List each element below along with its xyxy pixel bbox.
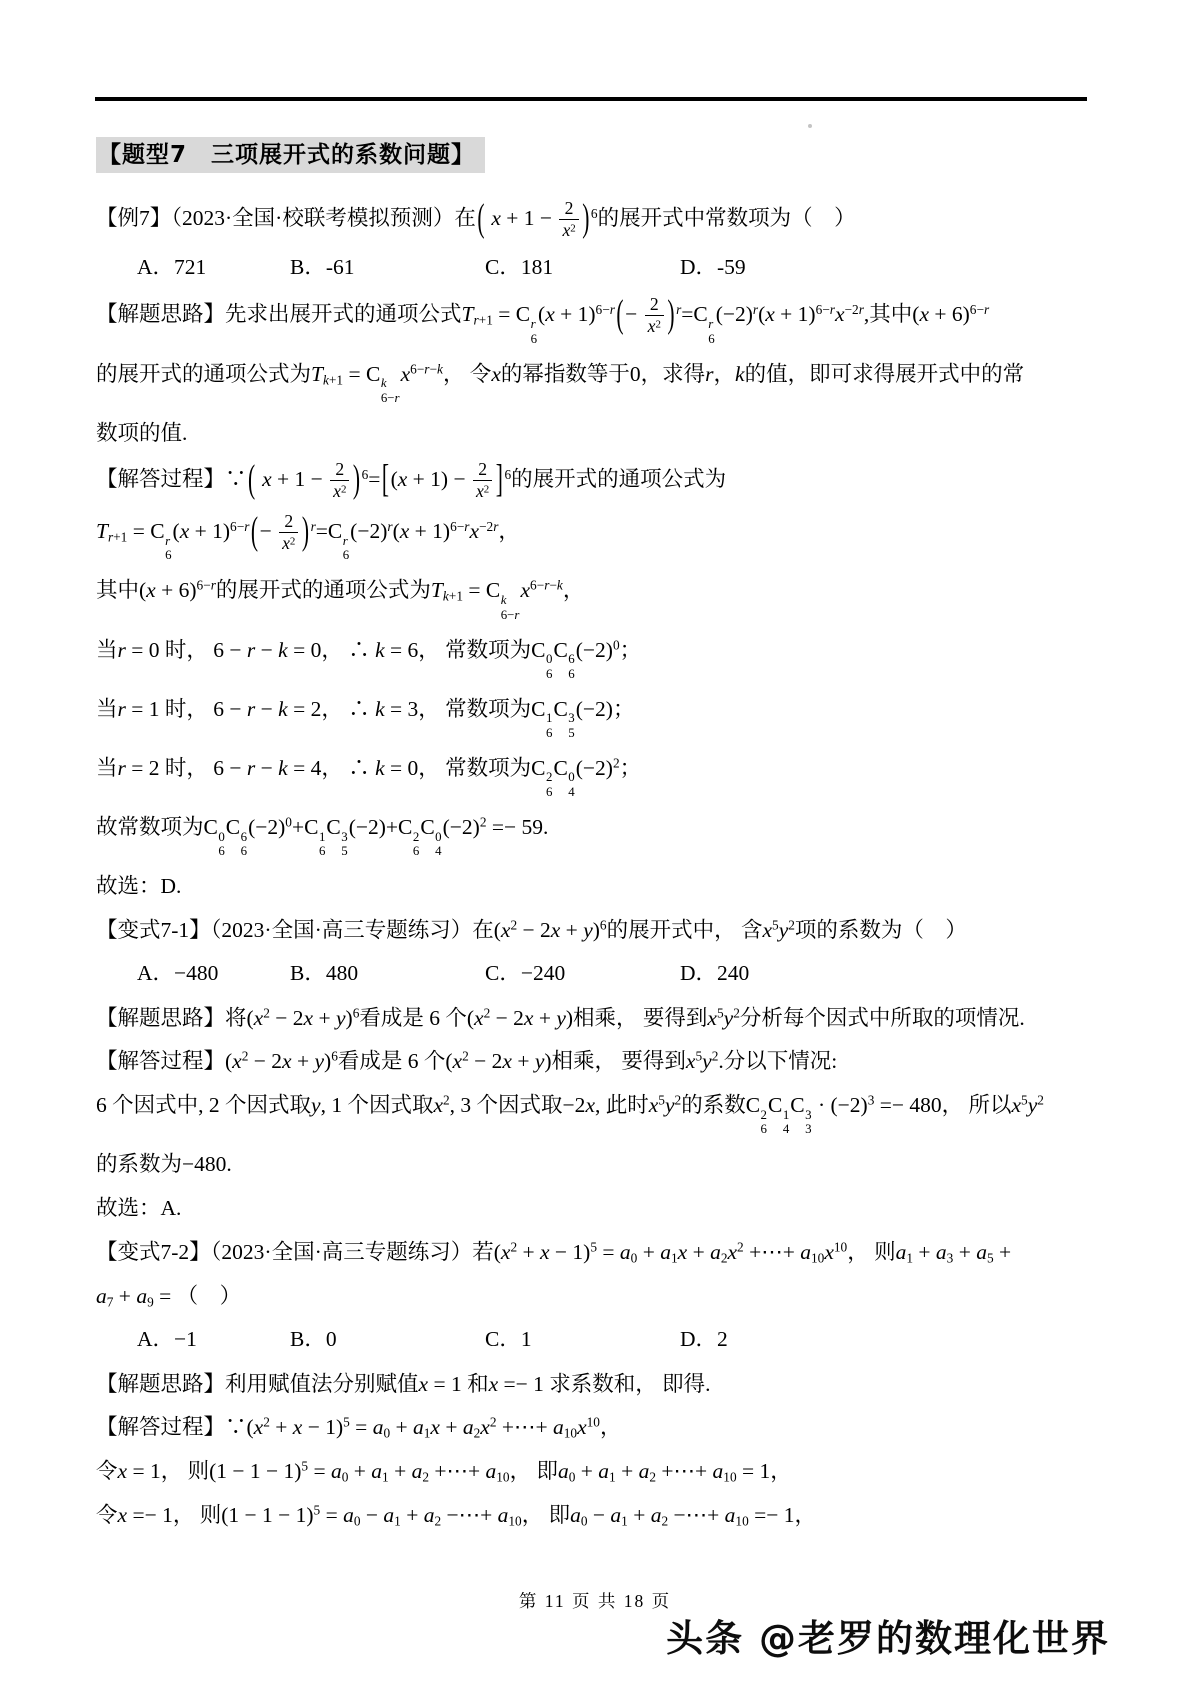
comb-scripts: r6 [343,534,349,563]
option-item: D．2 [680,1323,728,1355]
comb-scripts: 06 [546,652,552,681]
watermark: 头条 @老罗的数理化世界 [666,1608,1110,1662]
comb-scripts: 33 [805,1108,811,1137]
big-paren-right: ) [302,502,309,560]
text-line: a7 + a9 = （ ） [96,1280,1106,1312]
comb-scripts: 04 [568,770,574,799]
options-row: A．−480B．480C．−240D．240 [96,957,1106,989]
comb-scripts: 04 [435,830,441,859]
option-item: C．−240 [485,957,680,989]
option-item: A．−1 [137,1323,290,1355]
fraction: 2x2 [473,460,492,500]
text-line: 其中(x + 6)6−r的展开式的通项公式为Tk+1 = Ck6−rx6−r−k… [96,574,1106,622]
text-line: 【解题思路】先求出展开式的通项公式Tr+1 = Cr6(x + 1)6−r(− … [96,295,1106,346]
section-heading: 【题型7 三项展开式的系数问题】 [96,137,485,173]
text-line: 【解答过程】∵(x2 + x − 1)5 = a0 + a1x + a2x2 +… [96,1411,1106,1443]
fraction: 2x2 [330,460,349,500]
options-row: A．−1B．0C．1D．2 [96,1323,1106,1355]
big-paren-left: ( [251,502,258,560]
comb-scripts: k6−r [381,376,400,405]
text-line: 【变式7-2】（2023·全国·高三专题练习）若(x2 + x − 1)5 = … [96,1236,1106,1268]
print-speck [808,124,812,128]
comb-scripts: k6−r [501,593,520,622]
comb-scripts: r6 [708,317,714,346]
option-item: D．-59 [680,251,746,283]
document-content: 【题型7 三项展开式的系数问题】 【例7】（2023·全国·校联考模拟预测）在(… [96,137,1106,1543]
comb-scripts: 26 [761,1108,767,1137]
comb-scripts: r6 [531,317,537,346]
option-item: C．181 [485,251,680,283]
text-line: 的展开式的通项公式为Tk+1 = Ck6−rx6−r−k， 令x的幂指数等于0，… [96,358,1106,406]
document-page: 【题型7 三项展开式的系数问题】 【例7】（2023·全国·校联考模拟预测）在(… [0,0,1190,1682]
comb-scripts: 35 [568,711,574,740]
text-line: 【解题思路】将(x2 − 2x + y)6看成是 6 个(x2 − 2x + y… [96,1002,1106,1034]
text-line: 【解答过程】(x2 − 2x + y)6看成是 6 个(x2 − 2x + y)… [96,1045,1106,1077]
text-line: 故常数项为C06C66(−2)0+C16C35(−2)+C26C04(−2)2 … [96,811,1106,859]
comb-scripts: 06 [218,830,224,859]
big-paren-right: ) [353,451,360,509]
text-line: 【解题思路】利用赋值法分别赋值x = 1 和x =− 1 求系数和， 即得. [96,1368,1106,1400]
comb-scripts: 16 [319,830,325,859]
option-item: B．480 [290,957,485,989]
comb-scripts: 14 [783,1108,789,1137]
text-line: 当r = 0 时， 6 − r − k = 0， ∴ k = 6， 常数项为C0… [96,634,1106,682]
text-line: 数项的值. [96,417,1106,449]
text-line: 【解答过程】∵( x + 1 − 2x2)6=[(x + 1) − 2x2]6的… [96,460,1106,500]
fraction: 2x2 [559,199,578,239]
big-bracket-left: [ [382,451,389,509]
text-line: 【例7】（2023·全国·校联考模拟预测）在( x + 1 − 2x2)6的展开… [96,199,1106,239]
option-item: B．-61 [290,251,485,283]
fraction: 2x2 [279,512,298,552]
fraction: 2x2 [645,295,664,335]
option-item: B．0 [290,1323,485,1355]
option-item: C．1 [485,1323,680,1355]
text-line: Tr+1 = Cr6(x + 1)6−r(− 2x2)r=Cr6(−2)r(x … [96,512,1106,563]
big-paren-left: ( [616,285,623,343]
option-item: A．721 [137,251,290,283]
text-line: 6 个因式中, 2 个因式取y, 1 个因式取x2, 3 个因式取−2x, 此时… [96,1089,1106,1137]
text-line: 故选：D. [96,870,1106,902]
text-line: 当r = 2 时， 6 − r − k = 4， ∴ k = 0， 常数项为C2… [96,752,1106,800]
option-item: D．240 [680,957,749,989]
comb-scripts: 66 [568,652,574,681]
text-line: 【变式7-1】（2023·全国·高三专题练习）在(x2 − 2x + y)6的展… [96,914,1106,946]
big-paren-right: ) [582,189,589,247]
text-line: 令x = 1， 则(1 − 1 − 1)5 = a0 + a1 + a2 +⋯+… [96,1455,1106,1487]
option-item: A．−480 [137,957,290,989]
document-body: 【例7】（2023·全国·校联考模拟预测）在( x + 1 − 2x2)6的展开… [96,199,1106,1531]
big-bracket-right: ] [496,451,503,509]
text-line: 当r = 1 时， 6 − r − k = 2， ∴ k = 3， 常数项为C1… [96,693,1106,741]
text-line: 的系数为−480. [96,1148,1106,1180]
text-line: 令x =− 1， 则(1 − 1 − 1)5 = a0 − a1 + a2 −⋯… [96,1499,1106,1531]
comb-scripts: 16 [546,711,552,740]
comb-scripts: 26 [546,770,552,799]
comb-scripts: 26 [413,830,419,859]
big-paren-left: ( [477,189,484,247]
comb-scripts: r6 [165,534,171,563]
big-paren-right: ) [667,285,674,343]
big-paren-left: ( [248,451,255,509]
top-rule [95,97,1087,101]
comb-scripts: 66 [241,830,247,859]
comb-scripts: 35 [341,830,347,859]
text-line: 故选：A. [96,1192,1106,1224]
options-row: A．721B．-61C．181D．-59 [96,251,1106,283]
